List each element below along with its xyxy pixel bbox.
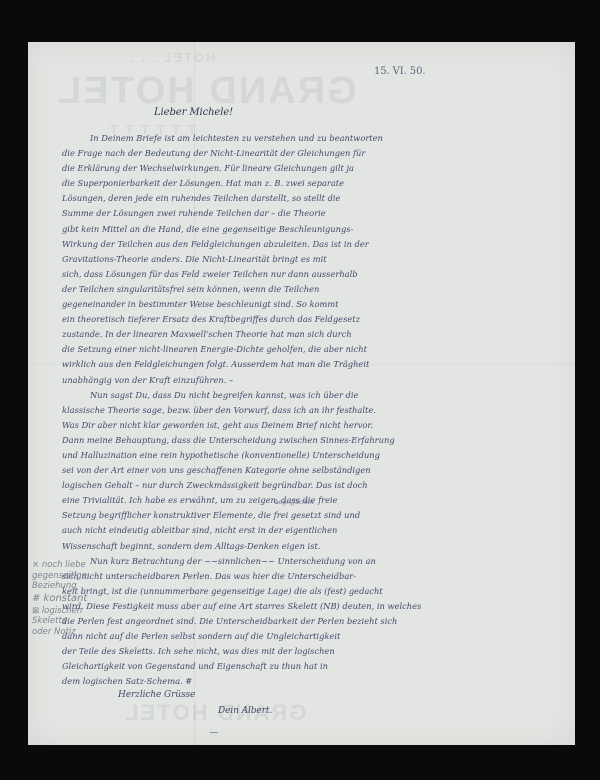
- margin-note: # konstant: [32, 592, 80, 606]
- interlinear-insert: begrifflichen: [275, 499, 314, 506]
- letter-page: HOTEL . . . GRAND HOTEL T T T T T T GRAN…: [28, 42, 575, 745]
- letter-line: Wirkung der Teilchen aus den Feldgleichu…: [62, 237, 562, 252]
- letter-line: dann nicht auf die Perlen selbst sondern…: [62, 629, 562, 644]
- letter-line: sich nicht unterscheidbaren Perlen. Das …: [62, 569, 562, 584]
- margin-note: Beziehung: [32, 581, 80, 592]
- letter-line: die Superponierbarkeit der Lösungen. Hat…: [62, 176, 562, 191]
- letter-line: Lösungen, deren jede ein ruhendes Teilch…: [62, 191, 562, 206]
- letter-line: ein theoretisch tieferer Ersatz des Kraf…: [62, 312, 562, 327]
- letter-line: Dann meine Behauptung, dass die Untersch…: [62, 433, 562, 448]
- letter-line: wird. Diese Festigkeit muss aber auf ein…: [62, 599, 562, 614]
- letter-line: Was Dir aber nicht klar geworden ist, ge…: [62, 418, 562, 433]
- pencil-mark: [210, 732, 218, 733]
- letter-line: Gravitations-Theorie anders. Die Nicht-L…: [62, 252, 562, 267]
- letter-line: zustande. In der linearen Maxwell'schen …: [62, 327, 562, 342]
- letter-line: logischen Gehalt – nur durch Zweckmässig…: [62, 478, 562, 493]
- letterhead-bleed-through: HOTEL . . .: [128, 50, 216, 65]
- letter-line: keit bringt, ist die (unnummerbare gegen…: [62, 584, 562, 599]
- margin-note: ⊠ logischen: [32, 606, 80, 617]
- letter-line: der Teile des Skeletts. Ich sehe nicht, …: [62, 644, 562, 659]
- letter-line: und Halluzination eine rein hypothetisch…: [62, 448, 562, 463]
- salutation: Lieber Michele!: [154, 107, 233, 118]
- letterhead-bleed-through: GRAND HOTEL: [123, 700, 306, 726]
- letter-line: In Deinem Briefe ist am leichtesten zu v…: [62, 131, 562, 146]
- margin-note: oder Notiz: [32, 627, 80, 638]
- letter-line: Summe der Lösungen zwei ruhende Teilchen…: [62, 206, 562, 221]
- letter-line: unabhängig von der Kraft einzuführen. –: [62, 373, 562, 388]
- letter-line: die Erklärung der Wechselwirkungen. Für …: [62, 161, 562, 176]
- letter-line: der Teilchen singularitätsfrei sein könn…: [62, 282, 562, 297]
- letter-body: In Deinem Briefe ist am leichtesten zu v…: [62, 131, 562, 689]
- letter-line: die Setzung einer nicht-linearen Energie…: [62, 342, 562, 357]
- closing: Herzliche Grüsse: [118, 690, 195, 700]
- letter-line: Nun kurz Betrachtung der ~~sinnlichen~~ …: [62, 554, 562, 569]
- letter-line: wirklich aus den Feldgleichungen folgt. …: [62, 357, 562, 372]
- margin-note: Skeletts: [32, 616, 80, 627]
- signature: Dein Albert.: [218, 706, 272, 716]
- letter-line: die Perlen fest angeordnet sind. Die Unt…: [62, 614, 562, 629]
- margin-note: × noch liebe: [32, 560, 80, 571]
- letter-line: klassische Theorie sage, bezw. über den …: [62, 403, 562, 418]
- letter-date: 15. VI. 50.: [374, 66, 425, 77]
- margin-note: gegenseitige: [32, 571, 80, 582]
- letter-line: dem logischen Satz-Schema. #: [62, 674, 562, 689]
- letter-line: Gleichartigkeit von Gegenstand und Eigen…: [62, 659, 562, 674]
- pencil-margin-notes: × noch liebegegenseitigeBeziehung# konst…: [32, 560, 80, 637]
- letter-line: Nun sagst Du, dass Du nicht begreifen ka…: [62, 388, 562, 403]
- letter-line: die Frage nach der Bedeutung der Nicht-L…: [62, 146, 562, 161]
- letter-line: gegeneinander in bestimmter Weise beschl…: [62, 297, 562, 312]
- letter-line: Setzung begrifflicher konstruktiver Elem…: [62, 508, 562, 523]
- letter-line: sich, dass Lösungen für das Feld zweier …: [62, 267, 562, 282]
- letter-line: auch nicht eindeutig ableitbar sind, nic…: [62, 523, 562, 538]
- letter-line: sei von der Art einer von uns geschaffen…: [62, 463, 562, 478]
- letter-line: Wissenschaft beginnt, sondern dem Alltag…: [62, 539, 562, 554]
- letter-line: gibt kein Mittel an die Hand, die eine g…: [62, 222, 562, 237]
